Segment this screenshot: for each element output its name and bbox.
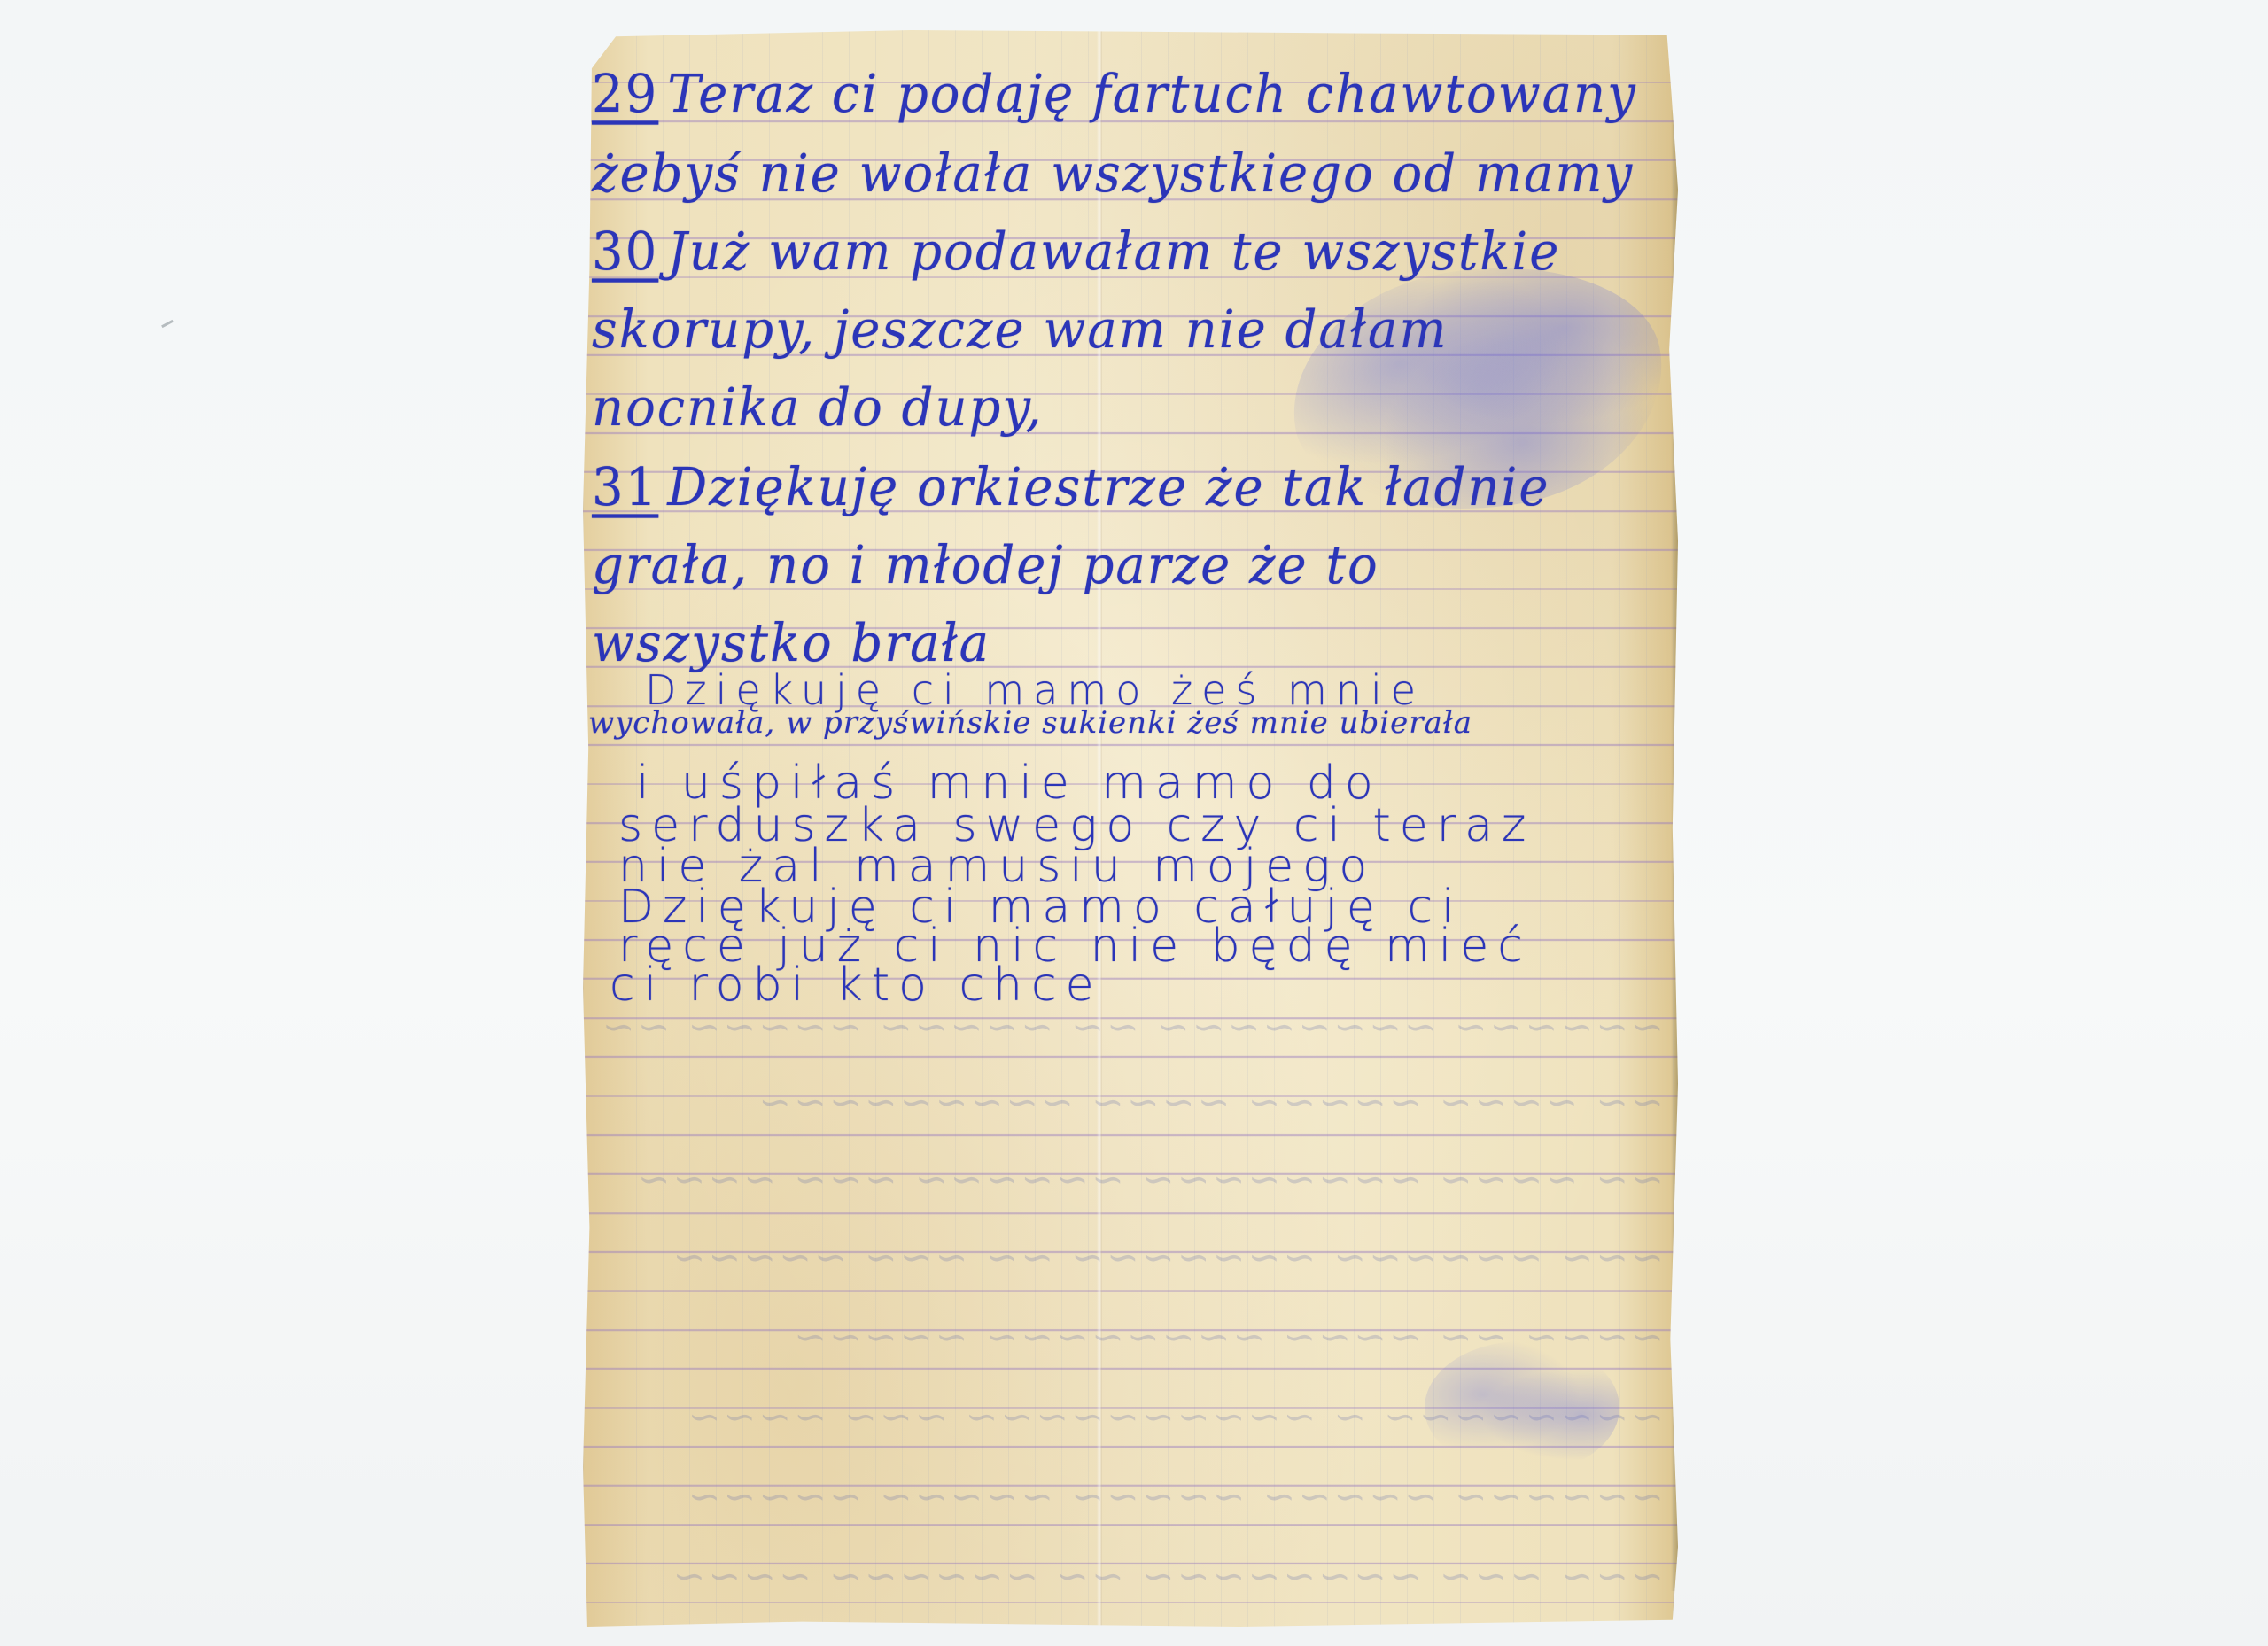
verse-line-8: ci robi kto chce bbox=[610, 959, 1103, 1012]
entry-number: 31 bbox=[592, 457, 658, 517]
verse-line-2: wychowała, w przyświńskie sukienki żeś m… bbox=[588, 705, 1472, 741]
bleed-through-line: ~~~ ~~~~~~ ~~~~~~~ ~~ ~~~ ~~~~~ bbox=[601, 1235, 1664, 1280]
bleed-through-line: ~~~~~~ ~~~~~ ~~~~~ ~~~~~ ~~~~~ bbox=[601, 1474, 1664, 1519]
ink-stain-lower bbox=[1425, 1341, 1619, 1474]
bleed-through-line: ~~~~ ~~ ~~~~ ~~~~~~~~ ~~~~~ bbox=[601, 1315, 1664, 1360]
paper-sheet: ~~~~~~ ~~~~~~~~ ~~ ~~~~~ ~~~~~ ~~~~ ~~ ~… bbox=[583, 30, 1678, 1627]
bleed-through-line: ~~ ~~~~ ~~~~~ ~~~~ ~~~~~~~~~ bbox=[601, 1080, 1664, 1125]
entry-30-line-2: skorupy, jeszcze wam nie dałam bbox=[592, 299, 1448, 360]
bleed-through-line: ~~~ ~~~ ~~~~~~~~ ~~ ~~~~~~ ~~~~ bbox=[601, 1554, 1664, 1599]
entry-29-line-2: żebyś nie wołała wszystkiego od mamy bbox=[592, 144, 1634, 204]
entry-31-line-3: wszystko brała bbox=[592, 613, 990, 673]
entry-30-line-3: nocnika do dupy, bbox=[592, 377, 1043, 438]
entry-29-line-1: 29Teraz ci podaję fartuch chawtowany bbox=[592, 64, 1637, 124]
entry-text: Już wam podawałam te wszystkie bbox=[667, 221, 1560, 282]
entry-31-line-2: grała, no i młodej parze że to bbox=[592, 535, 1379, 595]
entry-number: 30 bbox=[592, 221, 658, 282]
entry-text: Teraz ci podaję fartuch chawtowany bbox=[667, 64, 1636, 124]
entry-number: 29 bbox=[592, 64, 658, 124]
entry-31-line-1: 31Dziękuję orkiestrze że tak ładnie bbox=[592, 457, 1550, 517]
entry-text: Dziękuję orkiestrze że tak ładnie bbox=[667, 457, 1550, 517]
bleed-through-line: ~~ ~~~~ ~~~~~~~~ ~~~~~~ ~~~ ~~~~ bbox=[601, 1157, 1664, 1202]
bleed-through-line: ~~~~~~~~ ~ ~~~~~~~~~~ ~~~ ~~~~ bbox=[601, 1394, 1664, 1440]
entry-30-line-1: 30Już wam podawałam te wszystkie bbox=[592, 221, 1560, 282]
